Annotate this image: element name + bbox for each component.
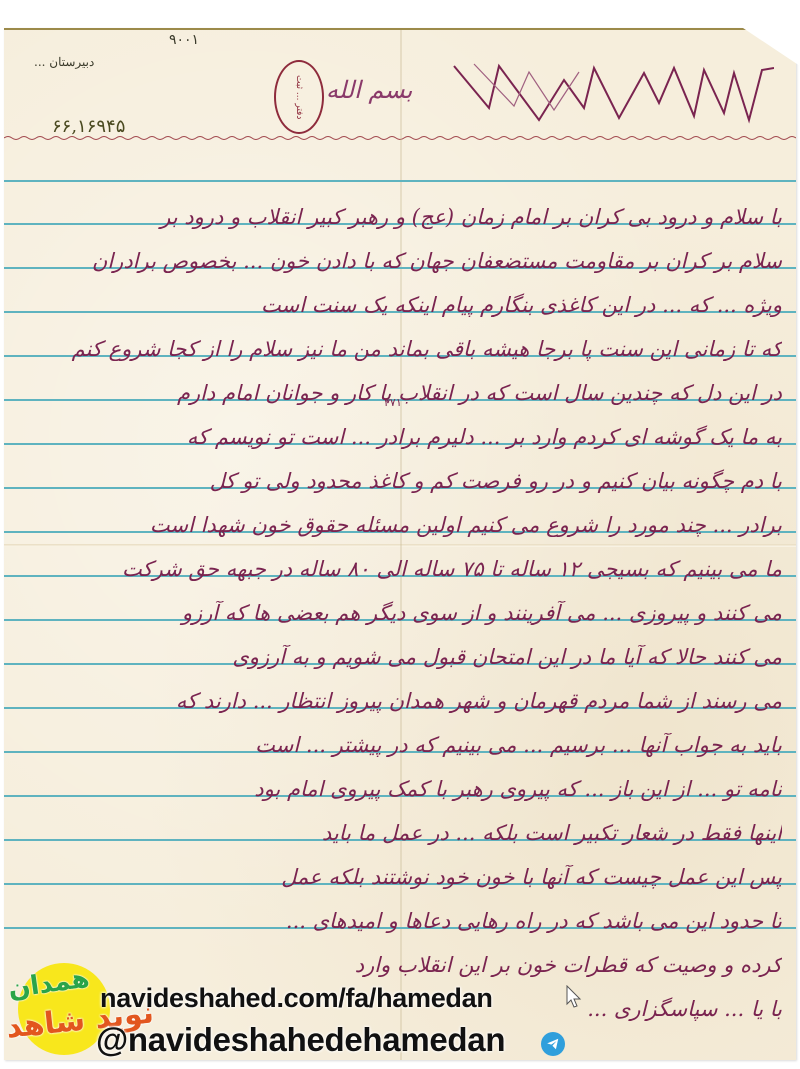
letter-line: به ما یک گوشه ای کردم وارد بر ... دلیرم …	[10, 425, 782, 449]
letter-line: باید به جواب آنها ... برسیم ... می بینیم…	[10, 733, 782, 757]
watermark-overlay: همدان نوید شاهد navideshahed.com/fa/hame…	[0, 955, 800, 1069]
letter-line: پس این عمل چیست که آنها با خون خود نوشتن…	[10, 865, 782, 889]
letter-line: ما می بینیم که بسیجی ۱۲ ساله تا ۷۵ ساله …	[10, 557, 782, 581]
letter-line: می کنند حالا که آیا ما در این امتحان قبو…	[10, 645, 782, 669]
margin-note: ۳۷۱	[384, 396, 402, 409]
letter-line: که تا زمانی این سنت پا برجا هیشه باقی بم…	[10, 337, 782, 361]
letter-line: اینها فقط در شعار تکبیر است بلکه ... در …	[10, 821, 782, 845]
top-number: ۹۰۰۱	[169, 32, 199, 48]
website-link[interactable]: navideshahed.com/fa/hamedan	[100, 983, 493, 1014]
letter-line: با دم چگونه بیان کنیم و در رو فرصت کم و …	[10, 469, 782, 493]
title-script: بسم الله	[326, 76, 412, 104]
paper-plane-icon	[546, 1037, 560, 1051]
stamp-text: دفتر ... ثبت	[294, 75, 304, 119]
telegram-icon[interactable]	[541, 1032, 565, 1056]
top-left-note: دبیرستان ...	[34, 55, 94, 69]
cross-out-scribble	[444, 58, 774, 128]
letter-line: تا حدود این می باشد که در راه رهایی دعاه…	[10, 909, 782, 933]
letter-line: می رسند از شما مردم قهرمان و شهر همدان پ…	[10, 689, 782, 713]
letter-line: ویژه ... که ... در این کاغذی بنگارم پیام…	[10, 293, 782, 317]
letter-page: دبیرستان ... ۹۰۰۱ ۶۶,۱۶۹۴۵ دفتر ... ثبت …	[4, 28, 796, 1060]
letter-line: می کنند و پیروزی ... می آفرینند و از سوی…	[10, 601, 782, 625]
reference-number: ۶۶,۱۶۹۴۵	[52, 116, 125, 137]
mouse-cursor-icon	[566, 985, 582, 1009]
letter-line: نامه تو ... از این باز ... که پیروی رهبر…	[10, 777, 782, 801]
telegram-handle[interactable]: @navideshahedehamedan	[96, 1021, 505, 1059]
paper-fold-vertical	[400, 30, 402, 1060]
letter-line: سلام بر کران بر مقاومت مستضعفان جهان که …	[10, 249, 782, 273]
letter-line: برادر ... چند مورد را شروع می کنیم اولین…	[10, 513, 782, 537]
office-stamp: دفتر ... ثبت	[274, 60, 324, 134]
ruled-line	[4, 180, 796, 182]
letter-line: با سلام و درود بی کران بر امام زمان (عج)…	[10, 205, 782, 229]
